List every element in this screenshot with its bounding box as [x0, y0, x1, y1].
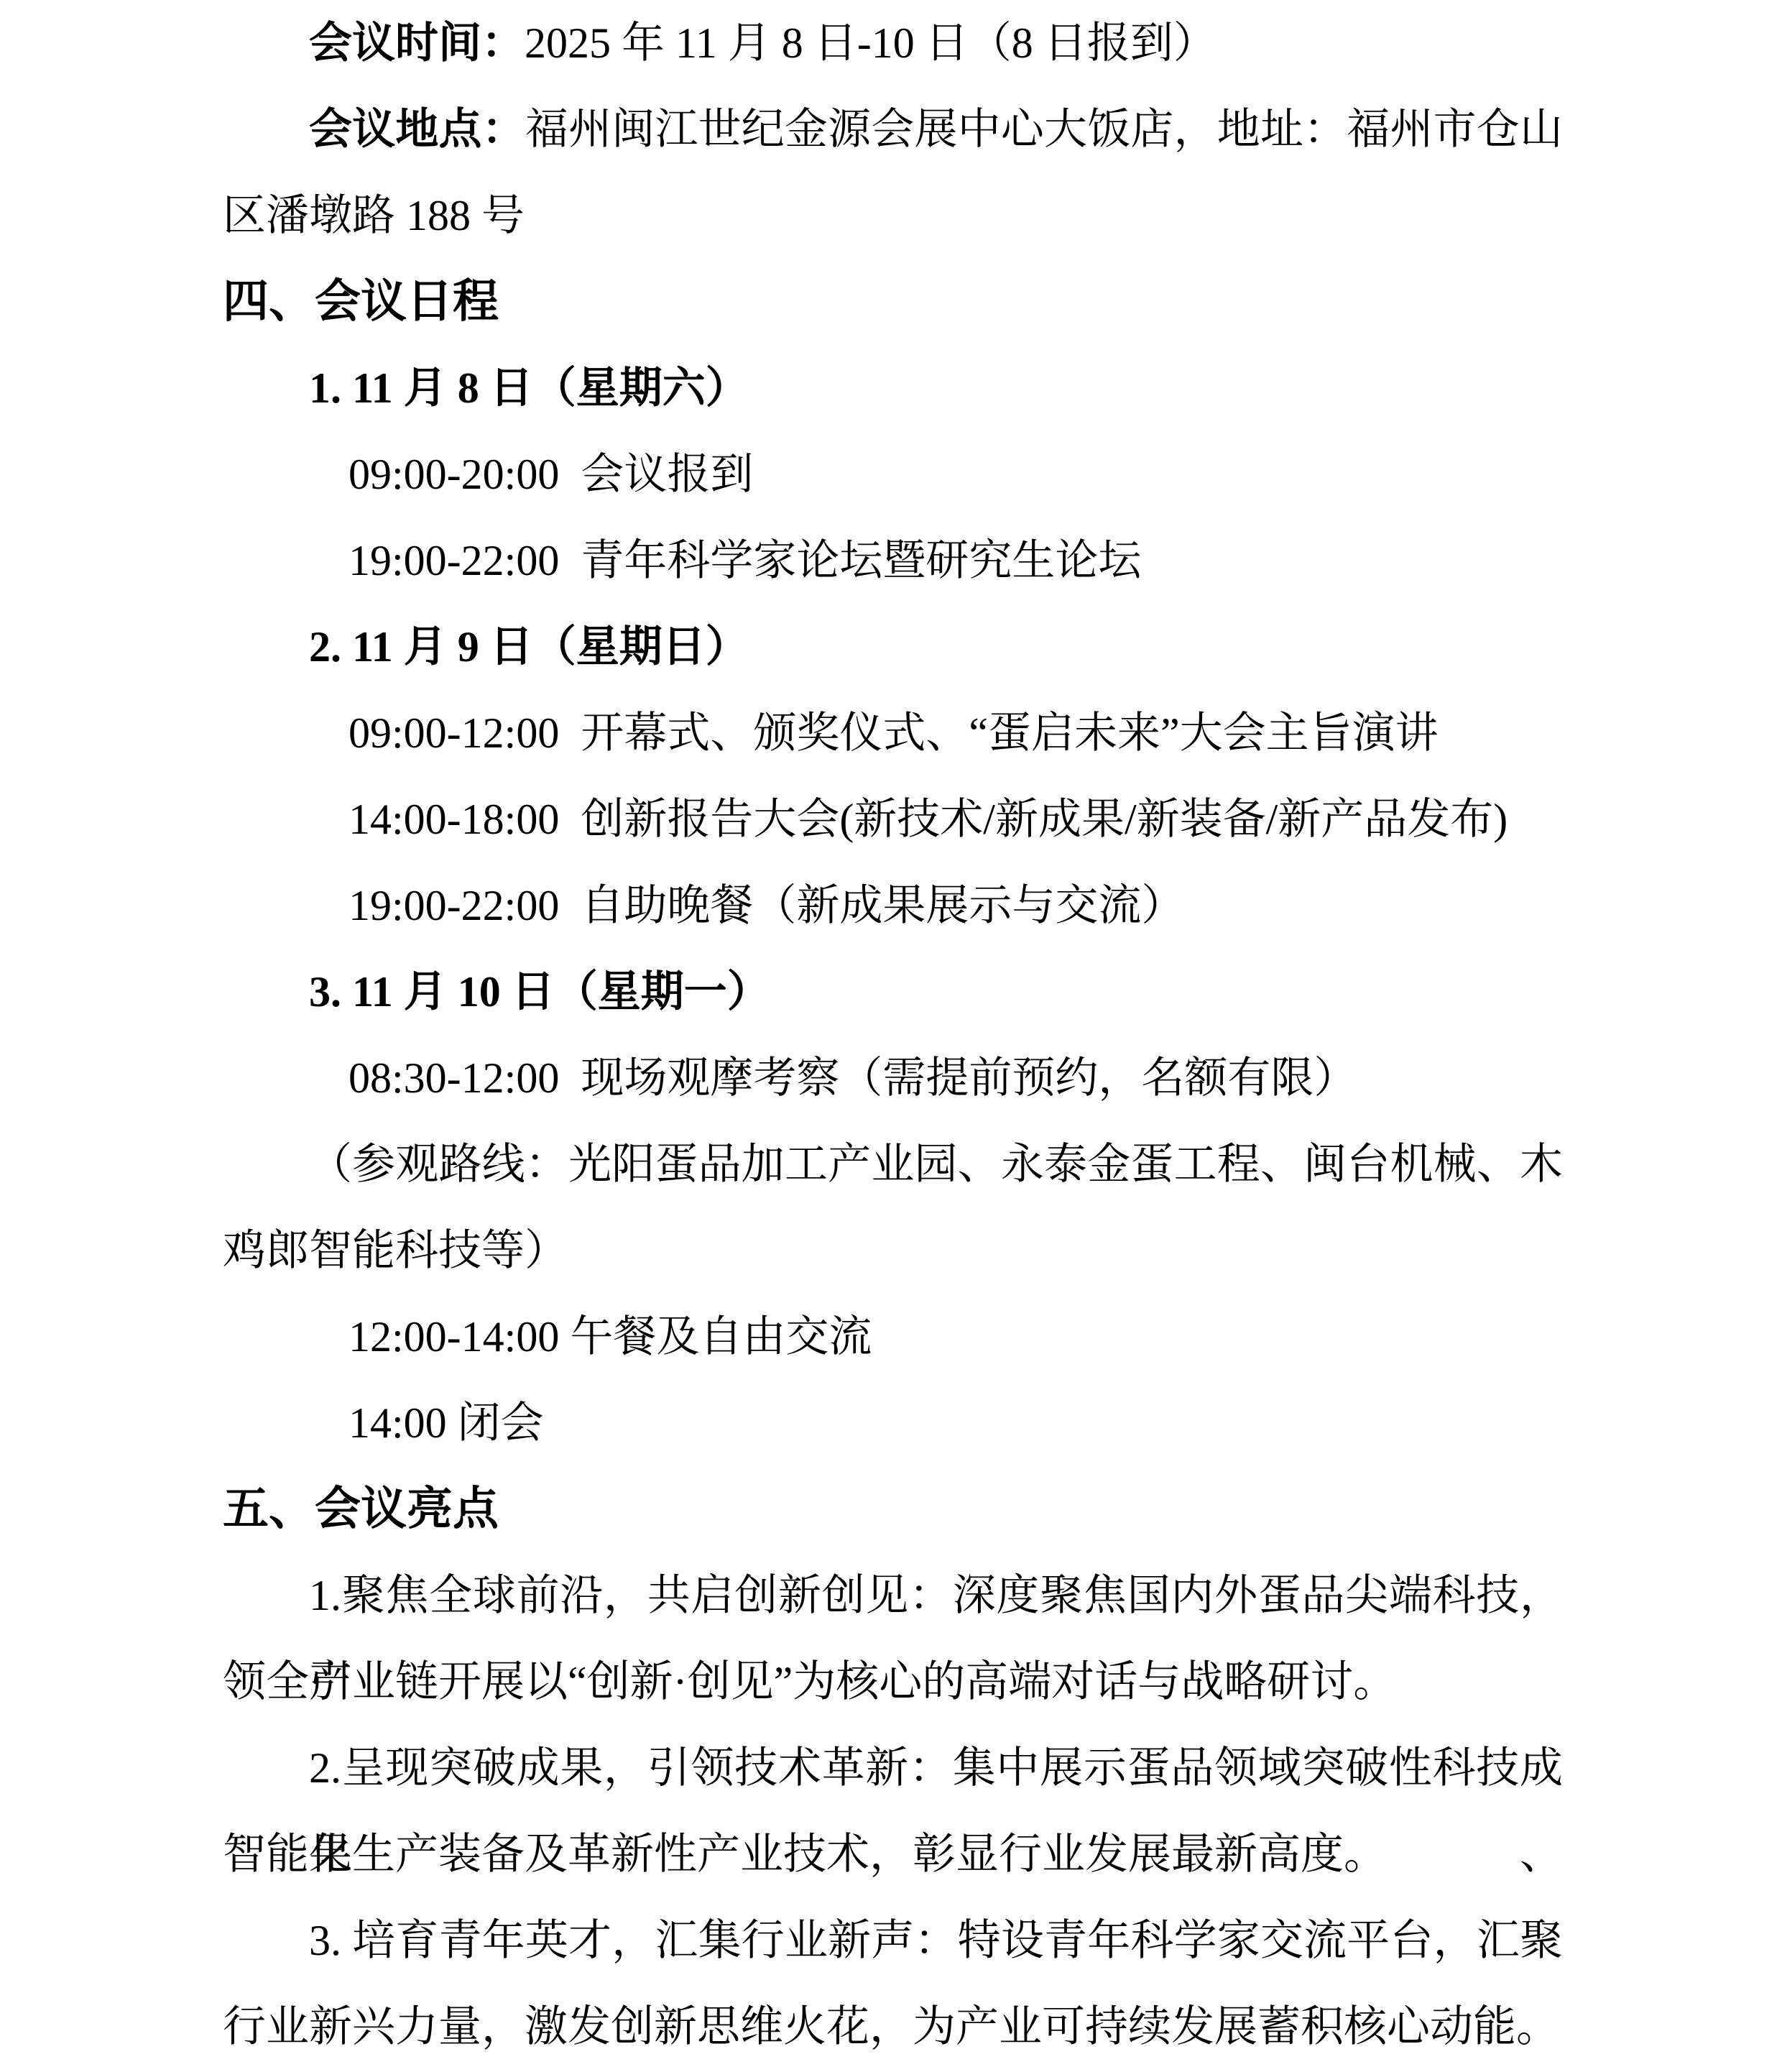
venue-continuation-line: 区潘墩路 188 号 [223, 172, 1563, 259]
highlight-1-continuation-line: 领全产业链开展以“创新·创见”为核心的高端对话与战略研讨。 [223, 1639, 1563, 1725]
text-segment: 智能化生产装备及革新性产业技术，彰显行业发展最新高度。 [223, 1831, 1387, 1878]
text-segment: 08:30-12:00 现场观摩考察（需提前预约，名额有限） [348, 1054, 1357, 1102]
text-segment: 领全产业链开展以“创新·创见”为核心的高端对话与战略研讨。 [223, 1658, 1396, 1705]
day-1-heading: 1. 11 月 8 日（星期六） [223, 345, 1563, 431]
text-segment: 2025 年 11 月 8 日-10 日（8 日报到） [525, 19, 1217, 67]
text-segment: 行业新兴力量，激发创新思维火花，为产业可持续发展蓄积核心动能。 [223, 2003, 1559, 2050]
schedule-item: 19:00-22:00 自助晚餐（新成果展示与交流） [223, 862, 1563, 949]
text-segment: 福州闽江世纪金源会展中心大饭店，地址：福州市仓山 [525, 106, 1563, 153]
schedule-item: 12:00-14:00 午餐及自由交流 [223, 1294, 1563, 1380]
schedule-item: 14:00-18:00 创新报告大会(新技术/新成果/新装备/新产品发布) [223, 776, 1563, 862]
text-segment: 1. 11 月 8 日（星期六） [309, 364, 749, 412]
text-segment: 3. 培育青年英才，汇集行业新声：特设青年科学家交流平台，汇聚 [309, 1917, 1563, 1964]
schedule-item: 19:00-22:00 青年科学家论坛暨研究生论坛 [223, 517, 1563, 604]
schedule-item: 09:00-20:00 会议报到 [223, 431, 1563, 517]
document-text-block: 会议时间：2025 年 11 月 8 日-10 日（8 日报到）会议地点：福州闽… [223, 0, 1563, 2070]
text-segment: 五、会议亮点 [223, 1483, 499, 1534]
document-page: 会议时间：2025 年 11 月 8 日-10 日（8 日报到）会议地点：福州闽… [0, 0, 1782, 2072]
text-segment: 鸡郎智能科技等） [223, 1227, 568, 1274]
text-segment: 区潘墩路 188 号 [223, 192, 525, 239]
text-segment: （参观路线：光阳蛋品加工产业园、永泰金蛋工程、闽台机械、木 [309, 1141, 1563, 1188]
text-segment: 19:00-22:00 自助晚餐（新成果展示与交流） [348, 882, 1184, 929]
schedule-item: 14:00 闭会 [223, 1380, 1563, 1466]
text-segment: 四、会议日程 [223, 276, 499, 327]
highlight-1-line: 1.聚焦全球前沿，共启创新创见：深度聚焦国内外蛋品尖端科技，引 [223, 1552, 1563, 1639]
highlight-2-continuation-line: 智能化生产装备及革新性产业技术，彰显行业发展最新高度。 [223, 1811, 1563, 1897]
section-5-heading: 五、会议亮点 [223, 1466, 1563, 1552]
text-segment: 09:00-12:00 开幕式、颁奖仪式、“蛋启未来”大会主旨演讲 [348, 709, 1439, 757]
schedule-item: 09:00-12:00 开幕式、颁奖仪式、“蛋启未来”大会主旨演讲 [223, 690, 1563, 776]
text-segment: 3. 11 月 10 日（星期一） [309, 968, 770, 1016]
highlight-3-continuation-line: 行业新兴力量，激发创新思维火花，为产业可持续发展蓄积核心动能。 [223, 1984, 1563, 2070]
tour-route-line: （参观路线：光阳蛋品加工产业园、永泰金蛋工程、闽台机械、木 [223, 1121, 1563, 1207]
meeting-time-line: 会议时间：2025 年 11 月 8 日-10 日（8 日报到） [223, 0, 1563, 86]
schedule-item: 08:30-12:00 现场观摩考察（需提前预约，名额有限） [223, 1035, 1563, 1121]
text-segment: 09:00-20:00 会议报到 [348, 451, 753, 498]
text-segment: 14:00-18:00 创新报告大会(新技术/新成果/新装备/新产品发布) [348, 796, 1508, 843]
text-segment: 会议地点： [309, 106, 525, 153]
tour-route-continuation-line: 鸡郎智能科技等） [223, 1207, 1563, 1294]
text-segment: 2. 11 月 9 日（星期日） [309, 623, 749, 671]
text-segment: 19:00-22:00 青年科学家论坛暨研究生论坛 [348, 537, 1141, 584]
section-4-heading: 四、会议日程 [223, 259, 1563, 345]
meeting-venue-line: 会议地点：福州闽江世纪金源会展中心大饭店，地址：福州市仓山 [223, 86, 1563, 172]
highlight-2-line: 2.呈现突破成果，引领技术革新：集中展示蛋品领域突破性科技成果、 [223, 1725, 1563, 1811]
day-3-heading: 3. 11 月 10 日（星期一） [223, 949, 1563, 1035]
highlight-3-line: 3. 培育青年英才，汇集行业新声：特设青年科学家交流平台，汇聚 [223, 1897, 1563, 1984]
day-2-heading: 2. 11 月 9 日（星期日） [223, 604, 1563, 690]
text-segment: 会议时间： [309, 19, 525, 67]
text-segment: 14:00 闭会 [348, 1399, 544, 1447]
text-segment: 12:00-14:00 午餐及自由交流 [348, 1313, 872, 1360]
